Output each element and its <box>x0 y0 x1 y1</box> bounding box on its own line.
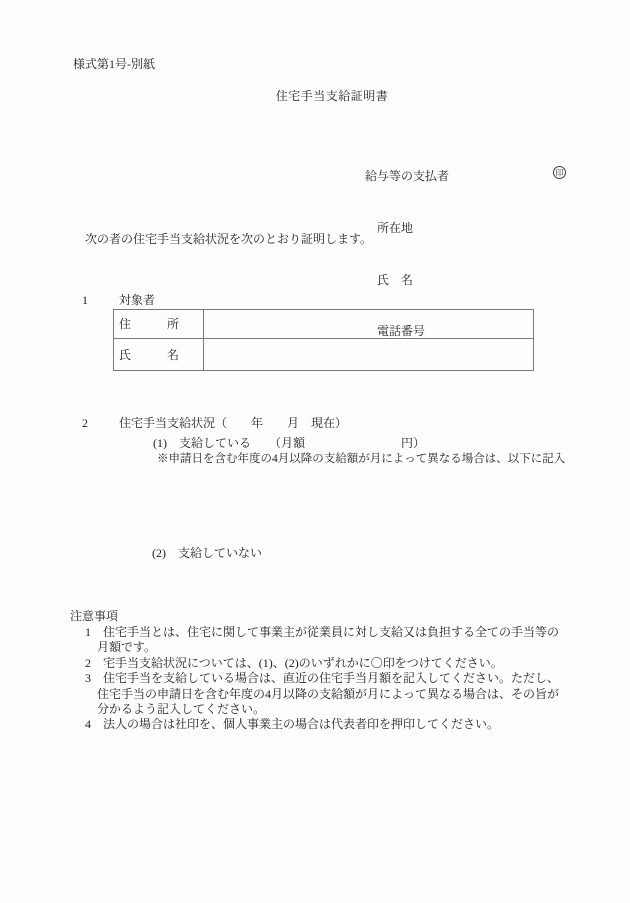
section1-title: 対象者 <box>119 293 155 307</box>
section1-number: 1 <box>82 293 119 307</box>
option-paying[interactable]: (1) 支給している （月額 円） <box>153 436 425 450</box>
seal-stamp-icon: 印 <box>553 166 566 179</box>
document-page: 様式第1号-別紙 住宅手当支給証明書 給与等の支払者 所在地 氏 名 電話番号 … <box>0 0 630 903</box>
section2-number: 2 <box>82 416 119 430</box>
name-label-cell: 氏 名 <box>114 339 204 371</box>
notes-list: 1 住宅手当とは、住宅に関して事業主が従業員に対し支給又は負担する全ての手当等の… <box>85 625 559 733</box>
option-not-paying[interactable]: (2) 支給していない <box>152 546 262 560</box>
payer-name-label: 氏 名 <box>365 272 449 289</box>
payer-address-label: 所在地 <box>365 220 449 237</box>
address-value-cell[interactable] <box>204 310 534 339</box>
section2-title: 住宅手当支給状況（ 年 月 現在） <box>119 416 347 430</box>
note-item-4: 4 法人の場合は社印を、個人事業主の場合は代表者印を押印してください。 <box>85 717 559 732</box>
payer-heading: 給与等の支払者 <box>365 168 449 185</box>
table-row-name: 氏 名 <box>114 339 534 371</box>
subject-table: 住 所 氏 名 <box>113 309 534 371</box>
page-title: 住宅手当支給証明書 <box>34 89 630 103</box>
option-paying-note: ※申請日を含む年度の4月以降の支給額が月によって異なる場合は、以下に記入 <box>157 452 565 466</box>
certification-statement: 次の者の住宅手当支給状況を次のとおり証明します。 <box>85 232 372 246</box>
seal-stamp-character: 印 <box>556 169 564 177</box>
form-number: 様式第1号-別紙 <box>73 57 155 71</box>
note-item-3: 3 住宅手当を支給している場合は、直近の住宅手当月額を記入してください。ただし、… <box>85 671 559 717</box>
note-item-1: 1 住宅手当とは、住宅に関して事業主が従業員に対し支給又は負担する全ての手当等の… <box>85 625 559 656</box>
note-item-2: 2 宅手当支給状況については、(1)、(2)のいずれかに〇印をつけてください。 <box>85 656 559 671</box>
name-value-cell[interactable] <box>204 339 534 371</box>
notes-heading: 注意事項 <box>70 609 118 623</box>
table-row-address: 住 所 <box>114 310 534 339</box>
address-label-cell: 住 所 <box>114 310 204 339</box>
